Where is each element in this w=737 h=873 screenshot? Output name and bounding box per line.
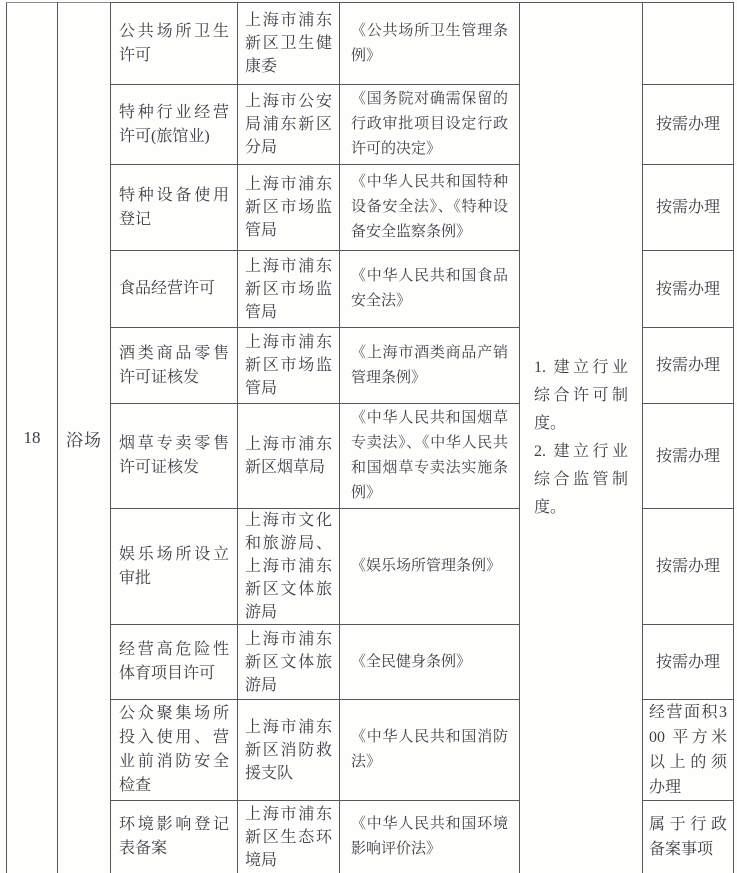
note-cell: 按需办理 [643,85,734,165]
legal-basis-cell: 《公共场所卫生管理条例》 [340,3,520,85]
note-cell: 按需办理 [643,328,734,404]
legal-basis-cell: 《中华人民共和国食品安全法》 [340,251,520,328]
authority-cell: 上海市浦东新区市场监管局 [238,328,340,404]
legal-basis-cell: 《中华人民共和国消防法》 [340,700,520,801]
authority-cell: 上海市浦东新区市场监管局 [238,251,340,328]
authority-cell: 上海市浦东新区生态环境局 [238,801,340,873]
category-cell: 浴场 [58,3,111,873]
serial-number-cell: 18 [7,3,58,873]
legal-basis-cell: 《上海市酒类商品产销管理条例》 [340,328,520,404]
authority-cell: 上海市浦东新区文体旅游局 [238,625,340,700]
note-cell: 按需办理 [643,165,734,251]
table-row: 18 浴场 公共场所卫生许可 上海市浦东新区卫生健康委 《公共场所卫生管理条例》… [7,3,734,85]
permit-name-cell: 特种设备使用登记 [111,165,238,251]
legal-basis-cell: 《娱乐场所管理条例》 [340,509,520,625]
note-cell: 按需办理 [643,251,734,328]
permit-name-cell: 酒类商品零售许可证核发 [111,328,238,404]
permits-table: 18 浴场 公共场所卫生许可 上海市浦东新区卫生健康委 《公共场所卫生管理条例》… [6,2,734,873]
note-cell: 经营面积300 平方米以上的须办理 [643,700,734,801]
reform-measures-cell: 1. 建立行业综合许可制度。 2. 建立行业综合监管制度。 [520,3,643,873]
note-cell [643,3,734,85]
legal-basis-cell: 《中华人民共和国环境影响评价法》 [340,801,520,873]
permit-name-cell: 经营高危险性体育项目许可 [111,625,238,700]
authority-cell: 上海市浦东新区消防救援支队 [238,700,340,801]
legal-basis-cell: 《国务院对确需保留的行政审批项目设定行政许可的决定》 [340,85,520,165]
authority-cell: 上海市浦东新区市场监管局 [238,165,340,251]
note-cell: 属于行政备案事项 [643,801,734,873]
permit-name-cell: 烟草专卖零售许可证核发 [111,404,238,509]
note-cell: 按需办理 [643,509,734,625]
legal-basis-cell: 《中华人民共和国烟草专卖法》、《中华人民共和国烟草专卖法实施条例》 [340,404,520,509]
permit-name-cell: 食品经营许可 [111,251,238,328]
permit-name-cell: 公众聚集场所投入使用、营业前消防安全检查 [111,700,238,801]
permit-name-cell: 娱乐场所设立审批 [111,509,238,625]
legal-basis-cell: 《全民健身条例》 [340,625,520,700]
legal-basis-cell: 《中华人民共和国特种设备安全法》、《特种设备安全监察条例》 [340,165,520,251]
measure-item: 2. 建立行业综合监管制度。 [534,438,628,522]
authority-cell: 上海市公安局浦东新区分局 [238,85,340,165]
note-cell: 按需办理 [643,625,734,700]
measure-item: 1. 建立行业综合许可制度。 [534,354,628,438]
authority-cell: 上海市浦东新区烟草局 [238,404,340,509]
permit-name-cell: 公共场所卫生许可 [111,3,238,85]
note-cell: 按需办理 [643,404,734,509]
authority-cell: 上海市文化和旅游局、上海市浦东新区文体旅游局 [238,509,340,625]
permit-name-cell: 特种行业经营许可(旅馆业) [111,85,238,165]
permit-name-cell: 环境影响登记表备案 [111,801,238,873]
document-page: 18 浴场 公共场所卫生许可 上海市浦东新区卫生健康委 《公共场所卫生管理条例》… [0,2,737,873]
authority-cell: 上海市浦东新区卫生健康委 [238,3,340,85]
